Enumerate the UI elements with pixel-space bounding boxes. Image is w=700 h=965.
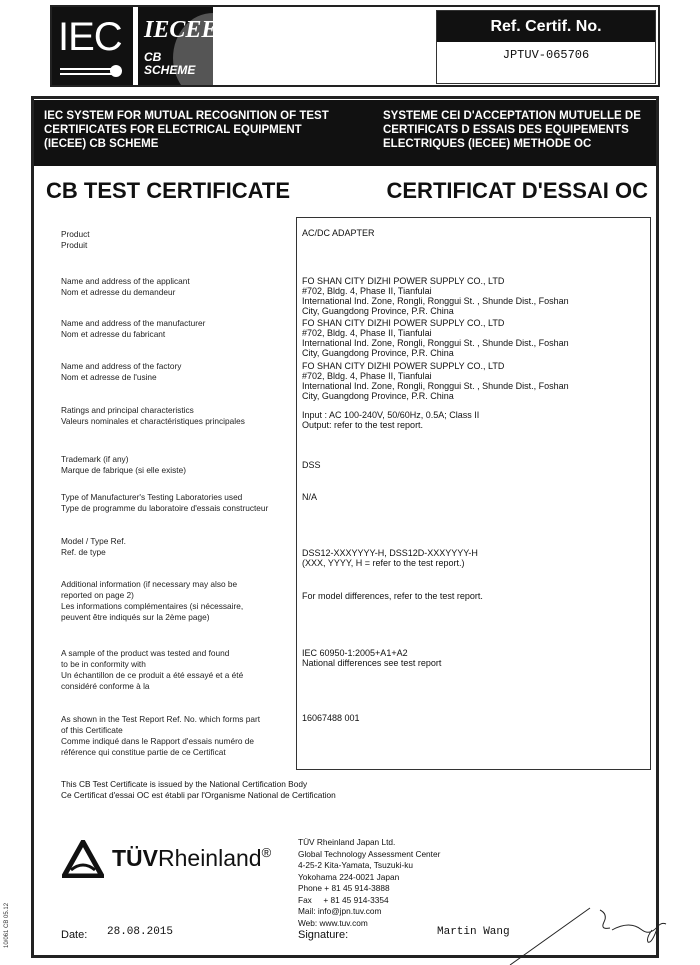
date-label: Date: — [61, 929, 87, 941]
iec-logo-line — [60, 68, 115, 70]
field-label: A sample of the product was tested and f… — [61, 648, 291, 692]
field-value: DSS12-XXXYYYY-H, DSS12D-XXXYYYY-H(XXX, Y… — [302, 548, 647, 568]
tuv-triangle-logo-icon — [62, 840, 104, 878]
ref-certif-number: JPTUV-065706 — [437, 48, 655, 62]
ref-certif-label: Ref. Certif. No. — [437, 11, 655, 42]
field-label: Name and address of the factoryNom et ad… — [61, 361, 291, 383]
field-value: Input : AC 100-240V, 50/60Hz, 0.5A; Clas… — [302, 410, 647, 430]
issued-by-statement: This CB Test Certificate is issued by th… — [61, 779, 336, 801]
field-label: Name and address of the applicantNom et … — [61, 276, 291, 298]
field-label: Additional information (if necessary may… — [61, 579, 291, 623]
iecee-logo-text: IECEE — [144, 17, 213, 44]
iec-logo-line — [60, 73, 115, 75]
field-value: FO SHAN CITY DIZHI POWER SUPPLY CO., LTD… — [302, 276, 647, 316]
scheme-title-en: IEC SYSTEM FOR MUTUAL RECOGNITION OF TES… — [44, 109, 344, 151]
field-value: DSS — [302, 460, 647, 470]
scheme-title-fr: SYSTEME CEI D'ACCEPTATION MUTUELLE DE CE… — [383, 109, 653, 151]
field-value: AC/DC ADAPTER — [302, 228, 647, 238]
date-value: 28.08.2015 — [107, 926, 173, 938]
field-value: For model differences, refer to the test… — [302, 591, 647, 601]
field-value: FO SHAN CITY DIZHI POWER SUPPLY CO., LTD… — [302, 318, 647, 358]
iec-logo: IEC — [52, 7, 134, 85]
cb-scheme-text: CB SCHEME — [144, 51, 195, 77]
signature-label: Signature: — [298, 929, 348, 941]
field-label: Trademark (if any)Marque de fabrique (si… — [61, 454, 291, 476]
form-code: 10/061 CB 05.12 — [4, 903, 10, 948]
field-label: As shown in the Test Report Ref. No. whi… — [61, 714, 291, 758]
field-value: IEC 60950-1:2005+A1+A2National differenc… — [302, 648, 647, 668]
handwritten-signature-icon — [500, 900, 670, 965]
iecee-logo: IECEE CB SCHEME — [138, 7, 213, 85]
field-label: Ratings and principal characteristicsVal… — [61, 405, 291, 427]
issuer-address: TÜV Rheinland Japan Ltd. Global Technolo… — [298, 837, 440, 929]
field-label: ProductProduit — [61, 229, 291, 251]
certificate-title-en: CB TEST CERTIFICATE — [46, 178, 290, 204]
signature-name: Martin Wang — [437, 926, 510, 938]
iec-logo-dot — [110, 65, 122, 77]
tuv-rheinland-brand: TÜVRheinland® — [112, 845, 271, 872]
field-label: Name and address of the manufacturerNom … — [61, 318, 291, 340]
certificate-title-fr: CERTIFICAT D'ESSAI OC — [387, 178, 649, 204]
field-value: N/A — [302, 492, 647, 502]
field-label: Model / Type Ref.Ref. de type — [61, 536, 291, 558]
iec-logo-text: IEC — [58, 15, 122, 60]
field-value: FO SHAN CITY DIZHI POWER SUPPLY CO., LTD… — [302, 361, 647, 401]
field-label: Type of Manufacturer's Testing Laborator… — [61, 492, 291, 514]
field-value: 16067488 001 — [302, 713, 647, 723]
